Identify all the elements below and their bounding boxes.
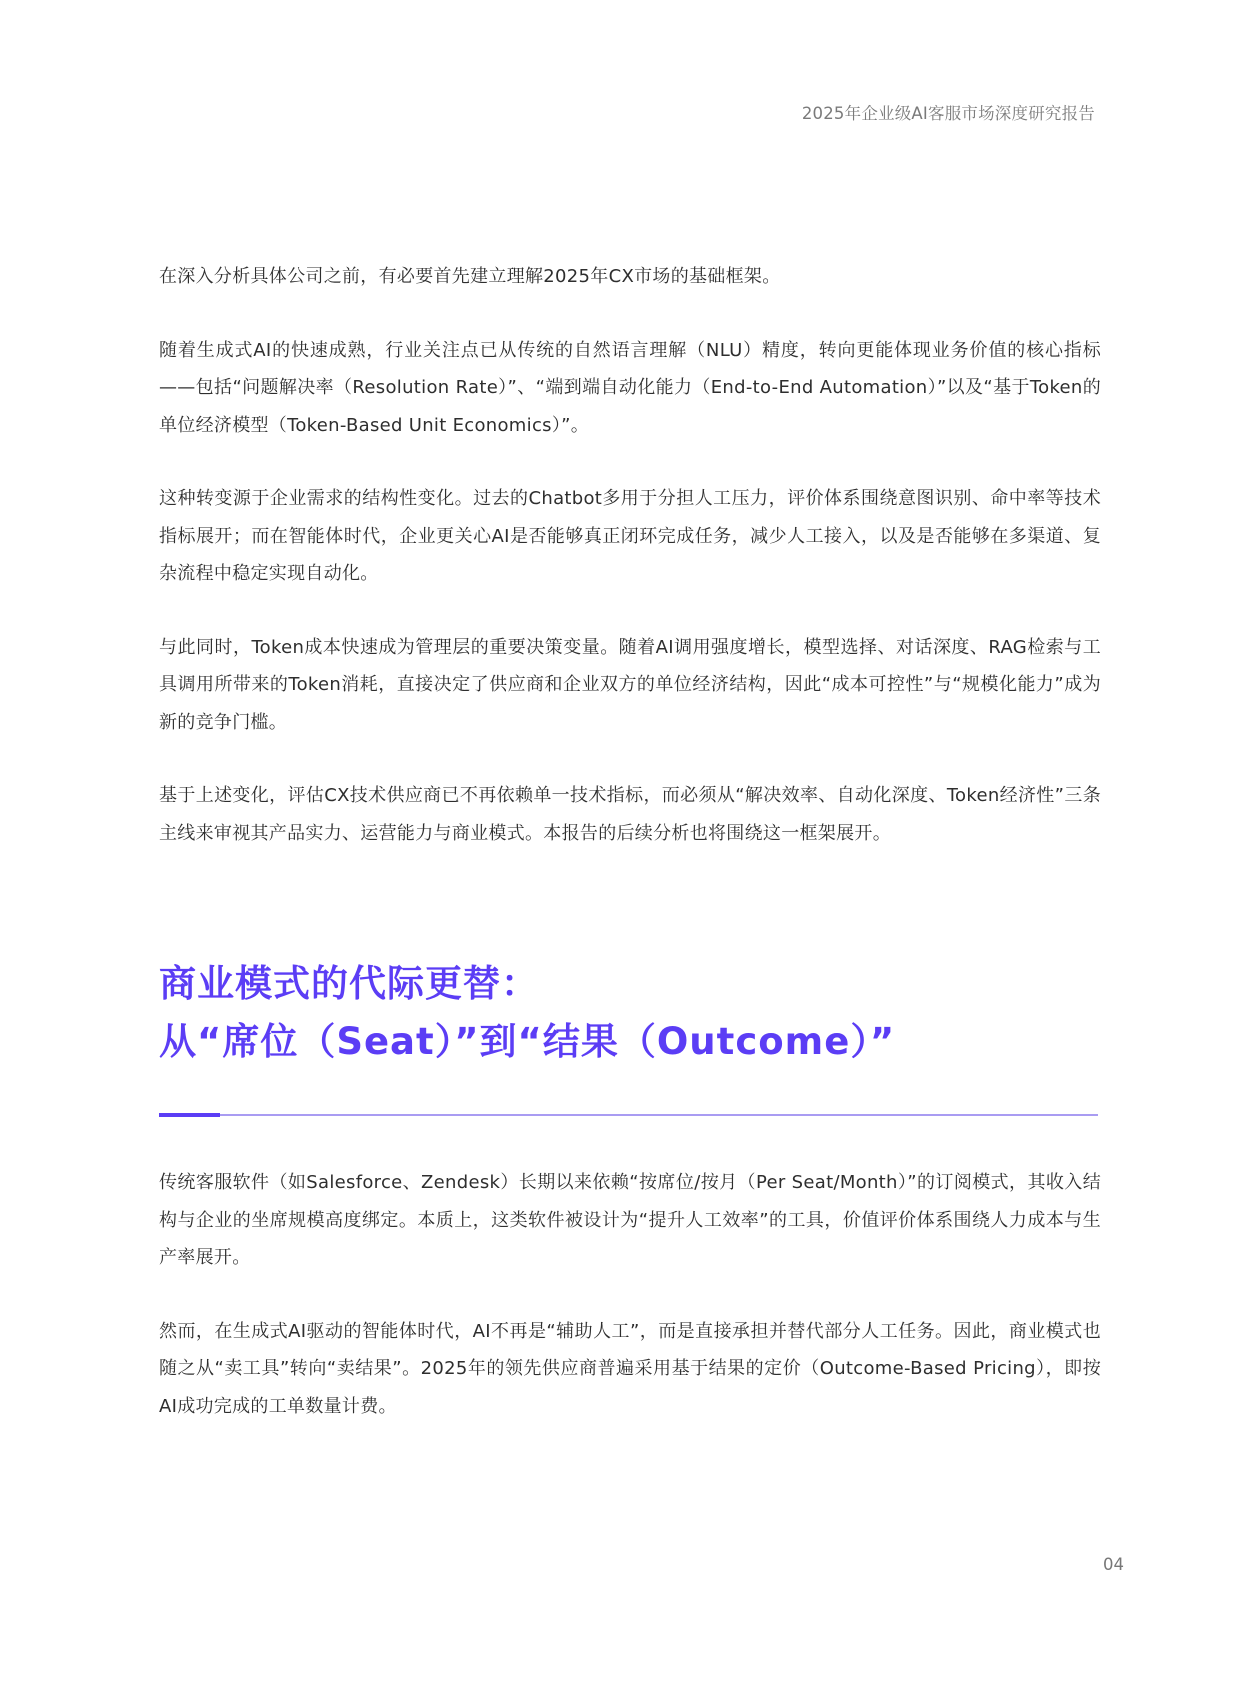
section-paragraph: 然而，在生成式AI驱动的智能体时代，AI不再是“辅助人工”，而是直接承担并替代部…	[159, 1313, 1101, 1426]
section-heading-line2: 从“席位（Seat）”到“结果（Outcome）”	[159, 1020, 895, 1063]
intro-paragraph: 这种转变源于企业需求的结构性变化。过去的Chatbot多用于分担人工压力，评价体…	[159, 480, 1101, 593]
intro-paragraph: 在深入分析具体公司之前，有必要首先建立理解2025年CX市场的基础框架。	[159, 258, 1101, 296]
running-header: 2025年企业级AI客服市场深度研究报告	[802, 100, 1095, 124]
section-body: 传统客服软件（如Salesforce、Zendesk）长期以来依赖“按席位/按月…	[159, 1164, 1101, 1461]
section-paragraph: 传统客服软件（如Salesforce、Zendesk）长期以来依赖“按席位/按月…	[159, 1164, 1101, 1277]
page-number: 04	[1103, 1555, 1124, 1574]
intro-paragraph: 基于上述变化，评估CX技术供应商已不再依赖单一技术指标，而必须从“解决效率、自动…	[159, 777, 1101, 852]
section-heading-line1: 商业模式的代际更替：	[159, 962, 539, 1005]
section-divider	[159, 1114, 1098, 1116]
intro-paragraph: 与此同时，Token成本快速成为管理层的重要决策变量。随着AI调用强度增长，模型…	[159, 629, 1101, 742]
intro-paragraph: 随着生成式AI的快速成熟，行业关注点已从传统的自然语言理解（NLU）精度，转向更…	[159, 332, 1101, 445]
intro-section: 在深入分析具体公司之前，有必要首先建立理解2025年CX市场的基础框架。 随着生…	[159, 258, 1101, 888]
section-heading: 商业模式的代际更替： 从“席位（Seat）”到“结果（Outcome）”	[159, 955, 1101, 1071]
divider-accent-bar	[159, 1113, 220, 1117]
